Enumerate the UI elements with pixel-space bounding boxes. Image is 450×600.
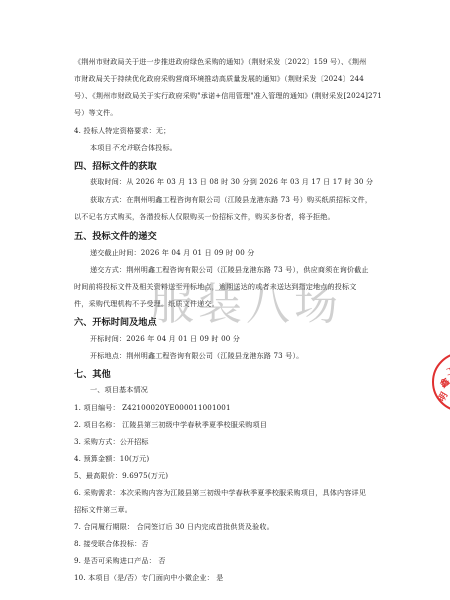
consortium-italic: 不允许 bbox=[112, 143, 134, 152]
project-info-subtitle: 一、项目基本情况 bbox=[90, 385, 148, 394]
project-item: 3. 采购方式：公开招标 bbox=[74, 437, 149, 446]
project-item: 10. 本项目（是/否）专门面向中小微企业： 是 bbox=[74, 573, 223, 582]
project-item: 8. 接受联合体投标：否 bbox=[74, 539, 149, 548]
opening-place: 开标地点：荆州明鑫工程咨询有限公司（江陵县龙港东路 73 号）。 bbox=[90, 351, 303, 360]
obtain-method: 获取方式：在荆州明鑫工程咨询有限公司（江陵县龙港东路 73 号）购买纸质招标文件… bbox=[90, 195, 372, 204]
project-item: 4. 预算金额：10(万元) bbox=[74, 454, 149, 463]
obtain-method-cont: 以不记名方式购买，各潜投标人仅限购买一份招标文件，购买多份者，将予拒绝。 bbox=[74, 212, 335, 221]
seal-char: 明 bbox=[435, 389, 450, 403]
intro-line: 市财政局关于持续优化政府采购营商环境推动高质量发展的通知》（荆财采发〔2024〕… bbox=[74, 74, 364, 83]
section-6-title: 六、开标时间及地点 bbox=[74, 314, 157, 328]
consortium-suffix: 联合体投标。 bbox=[133, 143, 176, 152]
intro-line: 《荆州市财政局关于进一步推进政府绿色采购的通知》（荆财采发〔2022〕159 号… bbox=[74, 57, 366, 66]
consortium-note: 本项目不允许联合体投标。 bbox=[90, 143, 177, 152]
project-item: 2. 项目名称： 江陵县第三初级中学春秋季夏季校服采购项目 bbox=[74, 420, 267, 429]
project-item: 招标文件第三章。 bbox=[74, 505, 132, 514]
project-item: 6. 采购需求：本次采购内容为江陵县第三初级中学春秋季夏季校服采购项目，具体内容… bbox=[74, 488, 366, 497]
document-page: 《荆州市财政局关于进一步推进政府绿色采购的通知》（荆财采发〔2022〕159 号… bbox=[0, 0, 450, 600]
submit-deadline: 递交截止时间：2026 年 04 月 01 日 09 时 00 分 bbox=[90, 248, 255, 257]
official-seal-stamp: 明 鑫 工 程 bbox=[432, 352, 450, 412]
section-4-title: 四、招标文件的获取 bbox=[74, 158, 157, 172]
project-item: 9. 是否可采购进口产品： 否 bbox=[74, 556, 166, 565]
project-item: 7. 合同履行期限： 合同签订后 30 日内完成首批供货及验收。 bbox=[74, 522, 274, 531]
section-5-title: 五、投标文件的递交 bbox=[74, 228, 157, 242]
qualification-label: 4. 投标人特定资格要求：无； bbox=[74, 126, 170, 135]
section-7-title: 七、其他 bbox=[74, 366, 111, 380]
intro-line: 号）、《荆州市财政局关于实行政府采购"承诺+信用管理"准入管理的通知》(荆财采发… bbox=[74, 91, 382, 100]
submit-method-cont: 时间前将投标文件及相关资料送至开标地点，逾期送达的或者未送达到指定地点的投标文 bbox=[74, 282, 357, 291]
intro-line: 号）等文件。 bbox=[74, 108, 117, 117]
submit-method: 递交方式：荆州明鑫工程咨询有限公司（江陵县龙港东路 73 号），供应商须在询价截… bbox=[90, 265, 369, 274]
project-item: 5、最高限价：9.6975(万元) bbox=[74, 471, 168, 480]
project-item: 1. 项目编号： Z42100020YE000011001001 bbox=[74, 403, 231, 412]
submit-method-cont: 件，采购代理机构不予受理。纸质文件递交。 bbox=[74, 299, 219, 308]
obtain-time: 获取时间：从 2026 年 03 月 13 日 08 时 30 分到 2026 … bbox=[90, 177, 373, 186]
opening-time: 开标时间：2026 年 04 月 01 日 09 时 00 分 bbox=[90, 334, 240, 343]
consortium-prefix: 本项目 bbox=[90, 143, 112, 152]
